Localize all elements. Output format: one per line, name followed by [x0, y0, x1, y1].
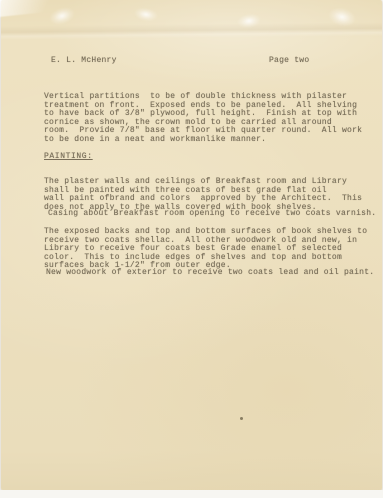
section-heading-painting: PAINTING:	[44, 153, 93, 162]
paragraph-exterior-paint: New woodwork of exterior to receive two …	[46, 269, 374, 278]
paragraph-plaster-painting: The plaster walls and ceilings of Breakf…	[44, 178, 362, 212]
paper-wear-mark	[133, 6, 159, 23]
ink-speck	[240, 417, 243, 420]
paragraph-shelving-spec: Vertical partitions to be of double thic…	[44, 93, 362, 145]
scan-background-strip	[0, 490, 383, 498]
paper-sheet: E. L. McHenry Page two Vertical partitio…	[1, 0, 382, 490]
paragraph-casing-varnish: Casing about Breakfast room opening to r…	[48, 210, 376, 219]
scanned-document: E. L. McHenry Page two Vertical partitio…	[0, 0, 383, 498]
paragraph-shelves-shellac: The exposed backs and top and bottom sur…	[44, 228, 367, 271]
recipient-name: E. L. McHenry	[51, 57, 117, 66]
page-number-label: Page two	[269, 57, 309, 66]
